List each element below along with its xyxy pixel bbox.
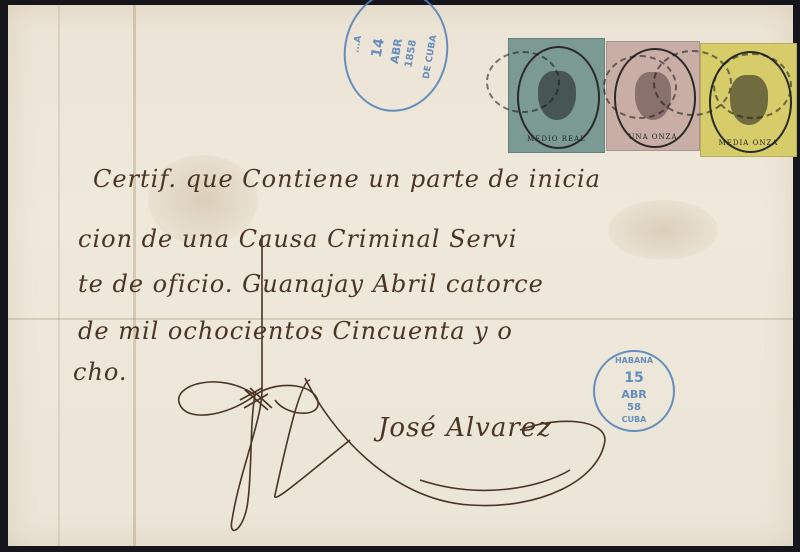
signature-flourish	[0, 0, 800, 552]
